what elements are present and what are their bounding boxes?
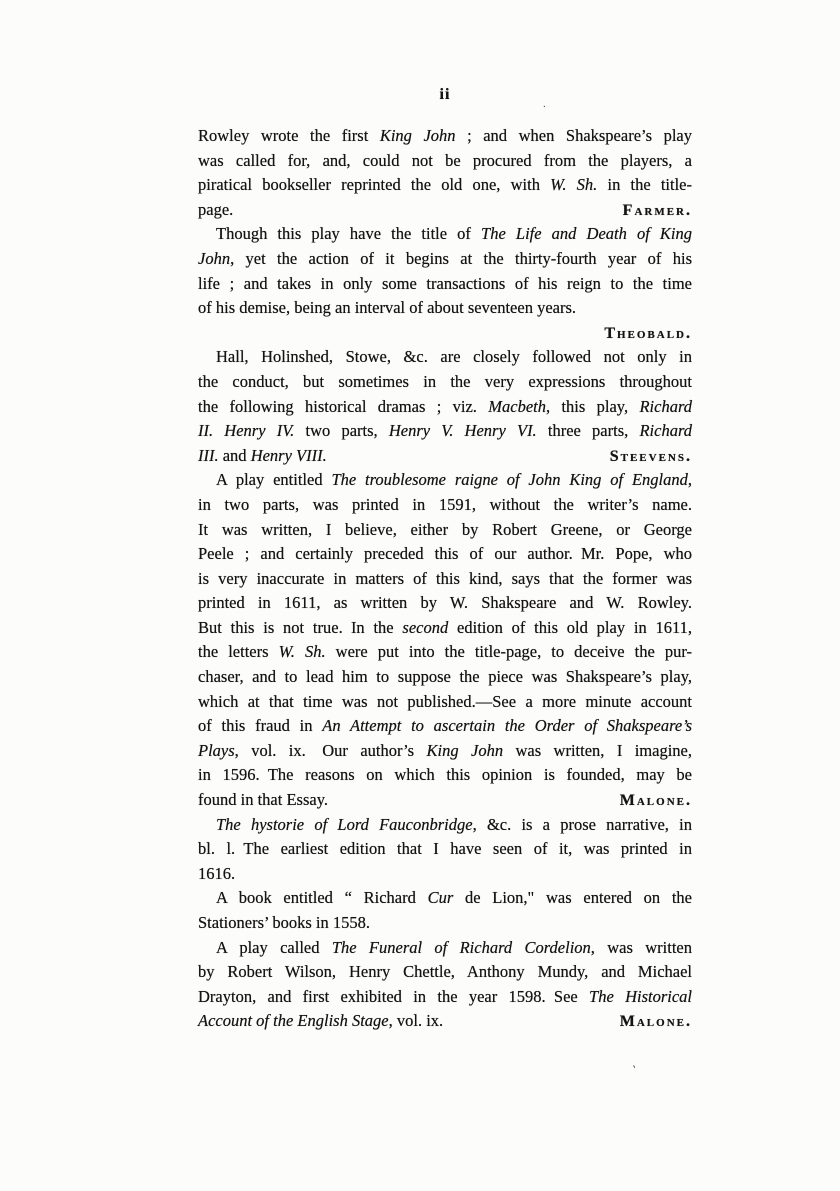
text-line: chaser, and to lead him to suppose the p… (198, 665, 692, 690)
text-run: and (219, 446, 251, 465)
italic-run: King John (380, 126, 456, 145)
italic-run: The Life and Death of King (481, 224, 692, 243)
text-line: Hall, Holinshed, Stowe, &c. are closely … (198, 345, 692, 370)
text-line: Peele ; and certainly preceded this of o… (198, 542, 692, 567)
text-line: bl. l. The earliest edition that I have … (198, 837, 692, 862)
text-line: A book entitled “ Richard Cur de Lion," … (198, 886, 692, 911)
italic-run: The Funeral of Richard Cordelion (332, 938, 591, 957)
scan-mark-artifact: ‵ (631, 1063, 636, 1079)
text-run: 1616. (198, 864, 235, 883)
text-run: was called for, and, could not be procur… (198, 151, 692, 170)
text-run: life ; and takes in only some transactio… (198, 274, 692, 293)
text-line: Drayton, and first exhibited in the year… (198, 985, 692, 1010)
italic-run: W. Sh. (550, 175, 597, 194)
text-line: John, yet the action of it begins at the… (198, 247, 692, 272)
italic-run: Account of the English Stage (198, 1011, 389, 1030)
text-run: is very inaccurate in matters of this ki… (198, 569, 692, 588)
text-line: life ; and takes in only some transactio… (198, 272, 692, 297)
text-run: , this play, (546, 397, 639, 416)
text-line: Account of the English Stage, vol. ix.Ma… (198, 1009, 692, 1034)
text-run: Though this play have the title of (216, 224, 481, 243)
text-line: A play called The Funeral of Richard Cor… (198, 936, 692, 961)
italic-run: Macbeth (488, 397, 546, 416)
text-run: in two parts, was printed in 1591, witho… (198, 495, 692, 514)
text-line: found in that Essay.Malone. (198, 788, 692, 813)
text-run: in the title- (597, 175, 692, 194)
attribution-name: Steevens. (610, 445, 692, 470)
text-run: the letters (198, 642, 279, 661)
text-run: de Lion," was entered on the (453, 888, 692, 907)
text-line: the conduct, but sometimes in the very e… (198, 370, 692, 395)
text-line: is very inaccurate in matters of this ki… (198, 567, 692, 592)
text-block: Rowley wrote the first King John ; and w… (198, 124, 692, 1034)
text-run: in 1596. The reasons on which this opini… (198, 765, 692, 784)
text-run: ; and when Shakspeare’s play (456, 126, 692, 145)
text-run: of his demise, being an interval of abou… (198, 298, 576, 317)
italic-run: An Attempt to ascertain the Order of Sha… (322, 716, 692, 735)
text-line: Plays, vol. ix. Our author’s King John w… (198, 739, 692, 764)
text-line: was called for, and, could not be procur… (198, 149, 692, 174)
line-text: Account of the English Stage, vol. ix. (198, 1009, 443, 1034)
text-line: piratical bookseller reprinted the old o… (198, 173, 692, 198)
text-line: the letters W. Sh. were put into the tit… (198, 640, 692, 665)
line-text: found in that Essay. (198, 788, 328, 813)
text-line: But this is not true. In the second edit… (198, 616, 692, 641)
text-run: , vol. ix. Our author’s (235, 741, 427, 760)
text-line: III. and Henry VIII.Steevens. (198, 444, 692, 469)
italic-run: W. Sh. (279, 642, 326, 661)
text-line: page.Farmer. (198, 198, 692, 223)
attribution-name: Malone. (620, 789, 692, 814)
text-line: The hystorie of Lord Fauconbridge, &c. i… (198, 813, 692, 838)
text-run: Peele ; and certainly preceded this of o… (198, 544, 692, 563)
text-run: the following historical dramas ; viz. (198, 397, 488, 416)
text-run: which at that time was not published.—Se… (198, 692, 692, 711)
text-line: which at that time was not published.—Se… (198, 690, 692, 715)
italic-run: The hystorie of Lord Fauconbridge (216, 815, 473, 834)
text-run: Rowley wrote the first (198, 126, 380, 145)
text-run: edition of this old play in 1611, (448, 618, 692, 637)
text-line: of this fraud in An Attempt to ascertain… (198, 714, 692, 739)
text-line: the following historical dramas ; viz. M… (198, 395, 692, 420)
italic-run: Cur (428, 888, 454, 907)
text-run: A book entitled “ Richard (216, 888, 428, 907)
text-run: A play called (216, 938, 332, 957)
text-run: chaser, and to lead him to suppose the p… (198, 667, 692, 686)
text-run: found in that Essay. (198, 790, 328, 809)
italic-run: II. Henry IV. (198, 421, 294, 440)
italic-run: John (198, 249, 230, 268)
text-run: A play entitled (216, 470, 331, 489)
text-line: in two parts, was printed in 1591, witho… (198, 493, 692, 518)
text-run: piratical bookseller reprinted the old o… (198, 175, 550, 194)
text-line: II. Henry IV. two parts, Henry V. Henry … (198, 419, 692, 444)
attribution-name: Theobald. (604, 325, 692, 342)
page-number: ii (198, 86, 692, 104)
text-run: printed in 1611, as written by W. Shaksp… (198, 593, 692, 612)
text-run: But this is not true. In the (198, 618, 402, 637)
text-run: Hall, Holinshed, Stowe, &c. are closely … (216, 347, 692, 366)
text-run: were put into the title-page, to deceive… (326, 642, 692, 661)
text-run: two parts, (294, 421, 389, 440)
line-text: page. (198, 198, 233, 223)
italic-run: The Historical (589, 987, 692, 1006)
text-run: , &c. is a prose narrative, in (473, 815, 692, 834)
text-run: by Robert Wilson, Henry Chettle, Anthony… (198, 962, 692, 981)
text-run: of this fraud in (198, 716, 322, 735)
italic-run: III. (198, 446, 219, 465)
italic-run: Richard (639, 397, 692, 416)
italic-run: King John (427, 741, 504, 760)
text-line: A play entitled The troublesome raigne o… (198, 468, 692, 493)
text-run: page. (198, 200, 233, 219)
text-run: the conduct, but sometimes in the very e… (198, 372, 692, 391)
text-run: three parts, (537, 421, 640, 440)
text-line: Though this play have the title of The L… (198, 222, 692, 247)
text-line: Theobald. (198, 321, 692, 346)
text-run: , (688, 470, 692, 489)
text-line: printed in 1611, as written by W. Shaksp… (198, 591, 692, 616)
italic-run: The troublesome raigne of John King of E… (331, 470, 687, 489)
scanned-book-page: ii . Rowley wrote the first King John ; … (0, 0, 840, 1191)
text-line: Rowley wrote the first King John ; and w… (198, 124, 692, 149)
italic-run: Plays (198, 741, 235, 760)
italic-run: Richard (639, 421, 692, 440)
scan-dot-artifact: . (543, 98, 546, 110)
text-line: by Robert Wilson, Henry Chettle, Anthony… (198, 960, 692, 985)
text-line: 1616. (198, 862, 692, 887)
text-run: Stationers’ books in 1558. (198, 913, 370, 932)
italic-run: Henry VIII. (251, 446, 327, 465)
text-run: It was written, I believe, either by Rob… (198, 520, 692, 539)
text-run: , yet the action of it begins at the thi… (230, 249, 692, 268)
text-line: It was written, I believe, either by Rob… (198, 518, 692, 543)
text-line: Stationers’ books in 1558. (198, 911, 692, 936)
text-run: Drayton, and first exhibited in the year… (198, 987, 589, 1006)
text-run: , was written (591, 938, 692, 957)
italic-run: Henry V. Henry VI. (389, 421, 537, 440)
italic-run: second (402, 618, 448, 637)
text-run: , vol. ix. (389, 1011, 444, 1030)
attribution-name: Malone. (620, 1010, 692, 1035)
line-text: III. and Henry VIII. (198, 444, 327, 469)
text-line: of his demise, being an interval of abou… (198, 296, 692, 321)
attribution-name: Farmer. (623, 199, 692, 224)
text-run: was written, I imagine, (503, 741, 692, 760)
text-run: bl. l. The earliest edition that I have … (198, 839, 692, 858)
text-line: in 1596. The reasons on which this opini… (198, 763, 692, 788)
